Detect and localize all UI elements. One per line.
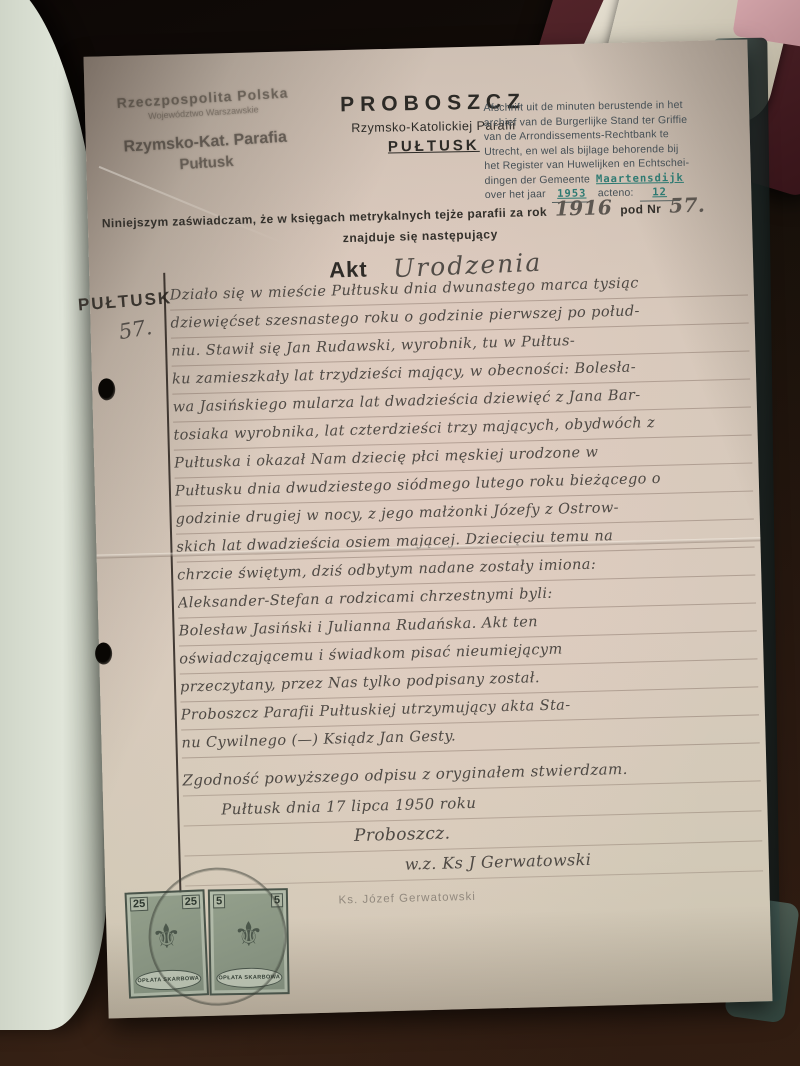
act-body-handwriting: Działo się w mieście Pułtusku dnia dwuna… — [169, 268, 759, 759]
record-year-handwritten: 1916 — [555, 195, 613, 220]
record-number-handwritten: 57. — [669, 193, 706, 218]
nl-gemeente-label: dingen der Gemeente — [484, 172, 590, 188]
margin-act-number: 57. — [117, 315, 154, 344]
punch-hole — [95, 642, 113, 664]
dutch-annotation: Afschrift uit de minuten berustende in h… — [483, 97, 743, 204]
punch-hole — [98, 378, 116, 400]
nr-label: pod Nr — [620, 202, 661, 217]
typed-signature-name: Ks. Józef Gerwatowski — [338, 891, 476, 907]
photo-scene: Rzeczpospolita Polska Województwo Warsza… — [0, 0, 800, 1066]
parish-ink-stamp: Rzeczpospolita Polska Województwo Warsza… — [77, 82, 332, 179]
revenue-stamps-block: 25 25 ⚜ OPŁATA SKARBOWA 5 5 ⚜ OPŁATA SKA… — [119, 879, 322, 1002]
birth-certificate-document: Rzeczpospolita Polska Województwo Warsza… — [84, 39, 773, 1018]
margin-place-stamp: PUŁTUSK — [77, 288, 173, 315]
stamp-value: 25 — [130, 897, 149, 912]
certification-statement: Niniejszym zaświadczam, że w księgach me… — [101, 192, 738, 252]
gemeente-value: Maartensdijk — [596, 170, 684, 186]
